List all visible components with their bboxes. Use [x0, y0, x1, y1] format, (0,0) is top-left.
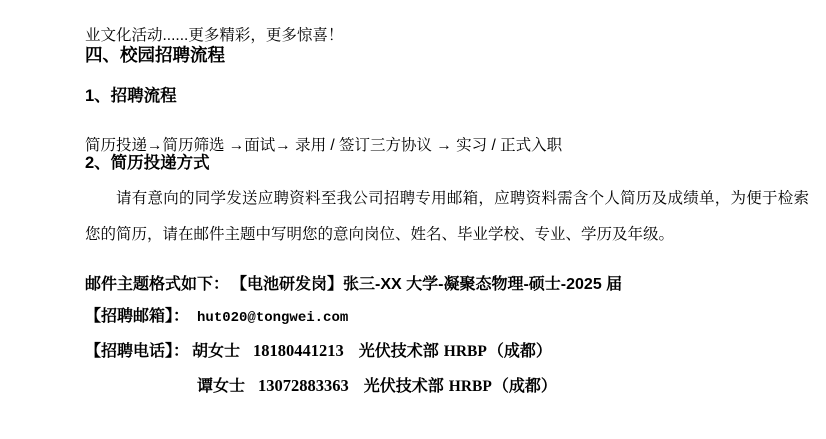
contact-name: 胡女士: [192, 343, 240, 360]
recruitment-phone-label: 【招聘电话】：: [85, 343, 189, 360]
contact-location: （成都）: [488, 343, 552, 360]
subject-format-example: 【电池研发岗】张三-XX 大学-凝聚态物理-硕士-2025 届: [239, 276, 622, 293]
contact-phone-number: 18180441213: [253, 341, 344, 360]
intro-tail-text: 业文化活动......更多精彩，更多惊喜！: [85, 26, 343, 45]
recruitment-flow-text: 简历投递→简历筛选 →面试→ 录用 / 签订三方协议 → 实习 / 正式入职: [85, 136, 562, 155]
contact-role: HRBP: [449, 378, 492, 395]
document-page: 业文化活动......更多精彩，更多惊喜！ 四、校园招聘流程 1、招聘流程 简历…: [0, 0, 826, 439]
recruitment-phone-line-2: 谭女士13072883363光伏技术部HRBP（成都）: [197, 376, 557, 397]
subsection-resume-delivery-heading: 2、简历投递方式: [85, 154, 210, 174]
contact-location: （成都）: [493, 378, 557, 395]
email-subject-format-line: 邮件主题格式如下：【电池研发岗】张三-XX 大学-凝聚态物理-硕士-2025 届: [85, 275, 622, 295]
contact-department: 光伏技术部: [359, 343, 439, 360]
subsection-recruit-process-heading: 1、招聘流程: [85, 87, 177, 107]
recruitment-email-line: 【招聘邮箱】：hut020@tongwei.com: [85, 307, 348, 328]
recruitment-email-address: hut020@tongwei.com: [197, 310, 348, 326]
recruitment-email-label: 【招聘邮箱】：: [85, 308, 189, 325]
contact-phone-number: 13072883363: [258, 376, 349, 395]
recruitment-phone-line-1: 【招聘电话】：胡女士18180441213光伏技术部HRBP（成都）: [85, 341, 552, 362]
subject-format-label: 邮件主题格式如下：: [85, 276, 229, 293]
contact-name: 谭女士: [197, 378, 245, 395]
section-heading: 四、校园招聘流程: [85, 45, 225, 66]
contact-role: HRBP: [444, 343, 487, 360]
delivery-instructions-paragraph: 请有意向的同学发送应聘资料至我公司招聘专用邮箱，应聘资料需含个人简历及成绩单，为…: [85, 181, 809, 252]
contact-department: 光伏技术部: [364, 378, 444, 395]
